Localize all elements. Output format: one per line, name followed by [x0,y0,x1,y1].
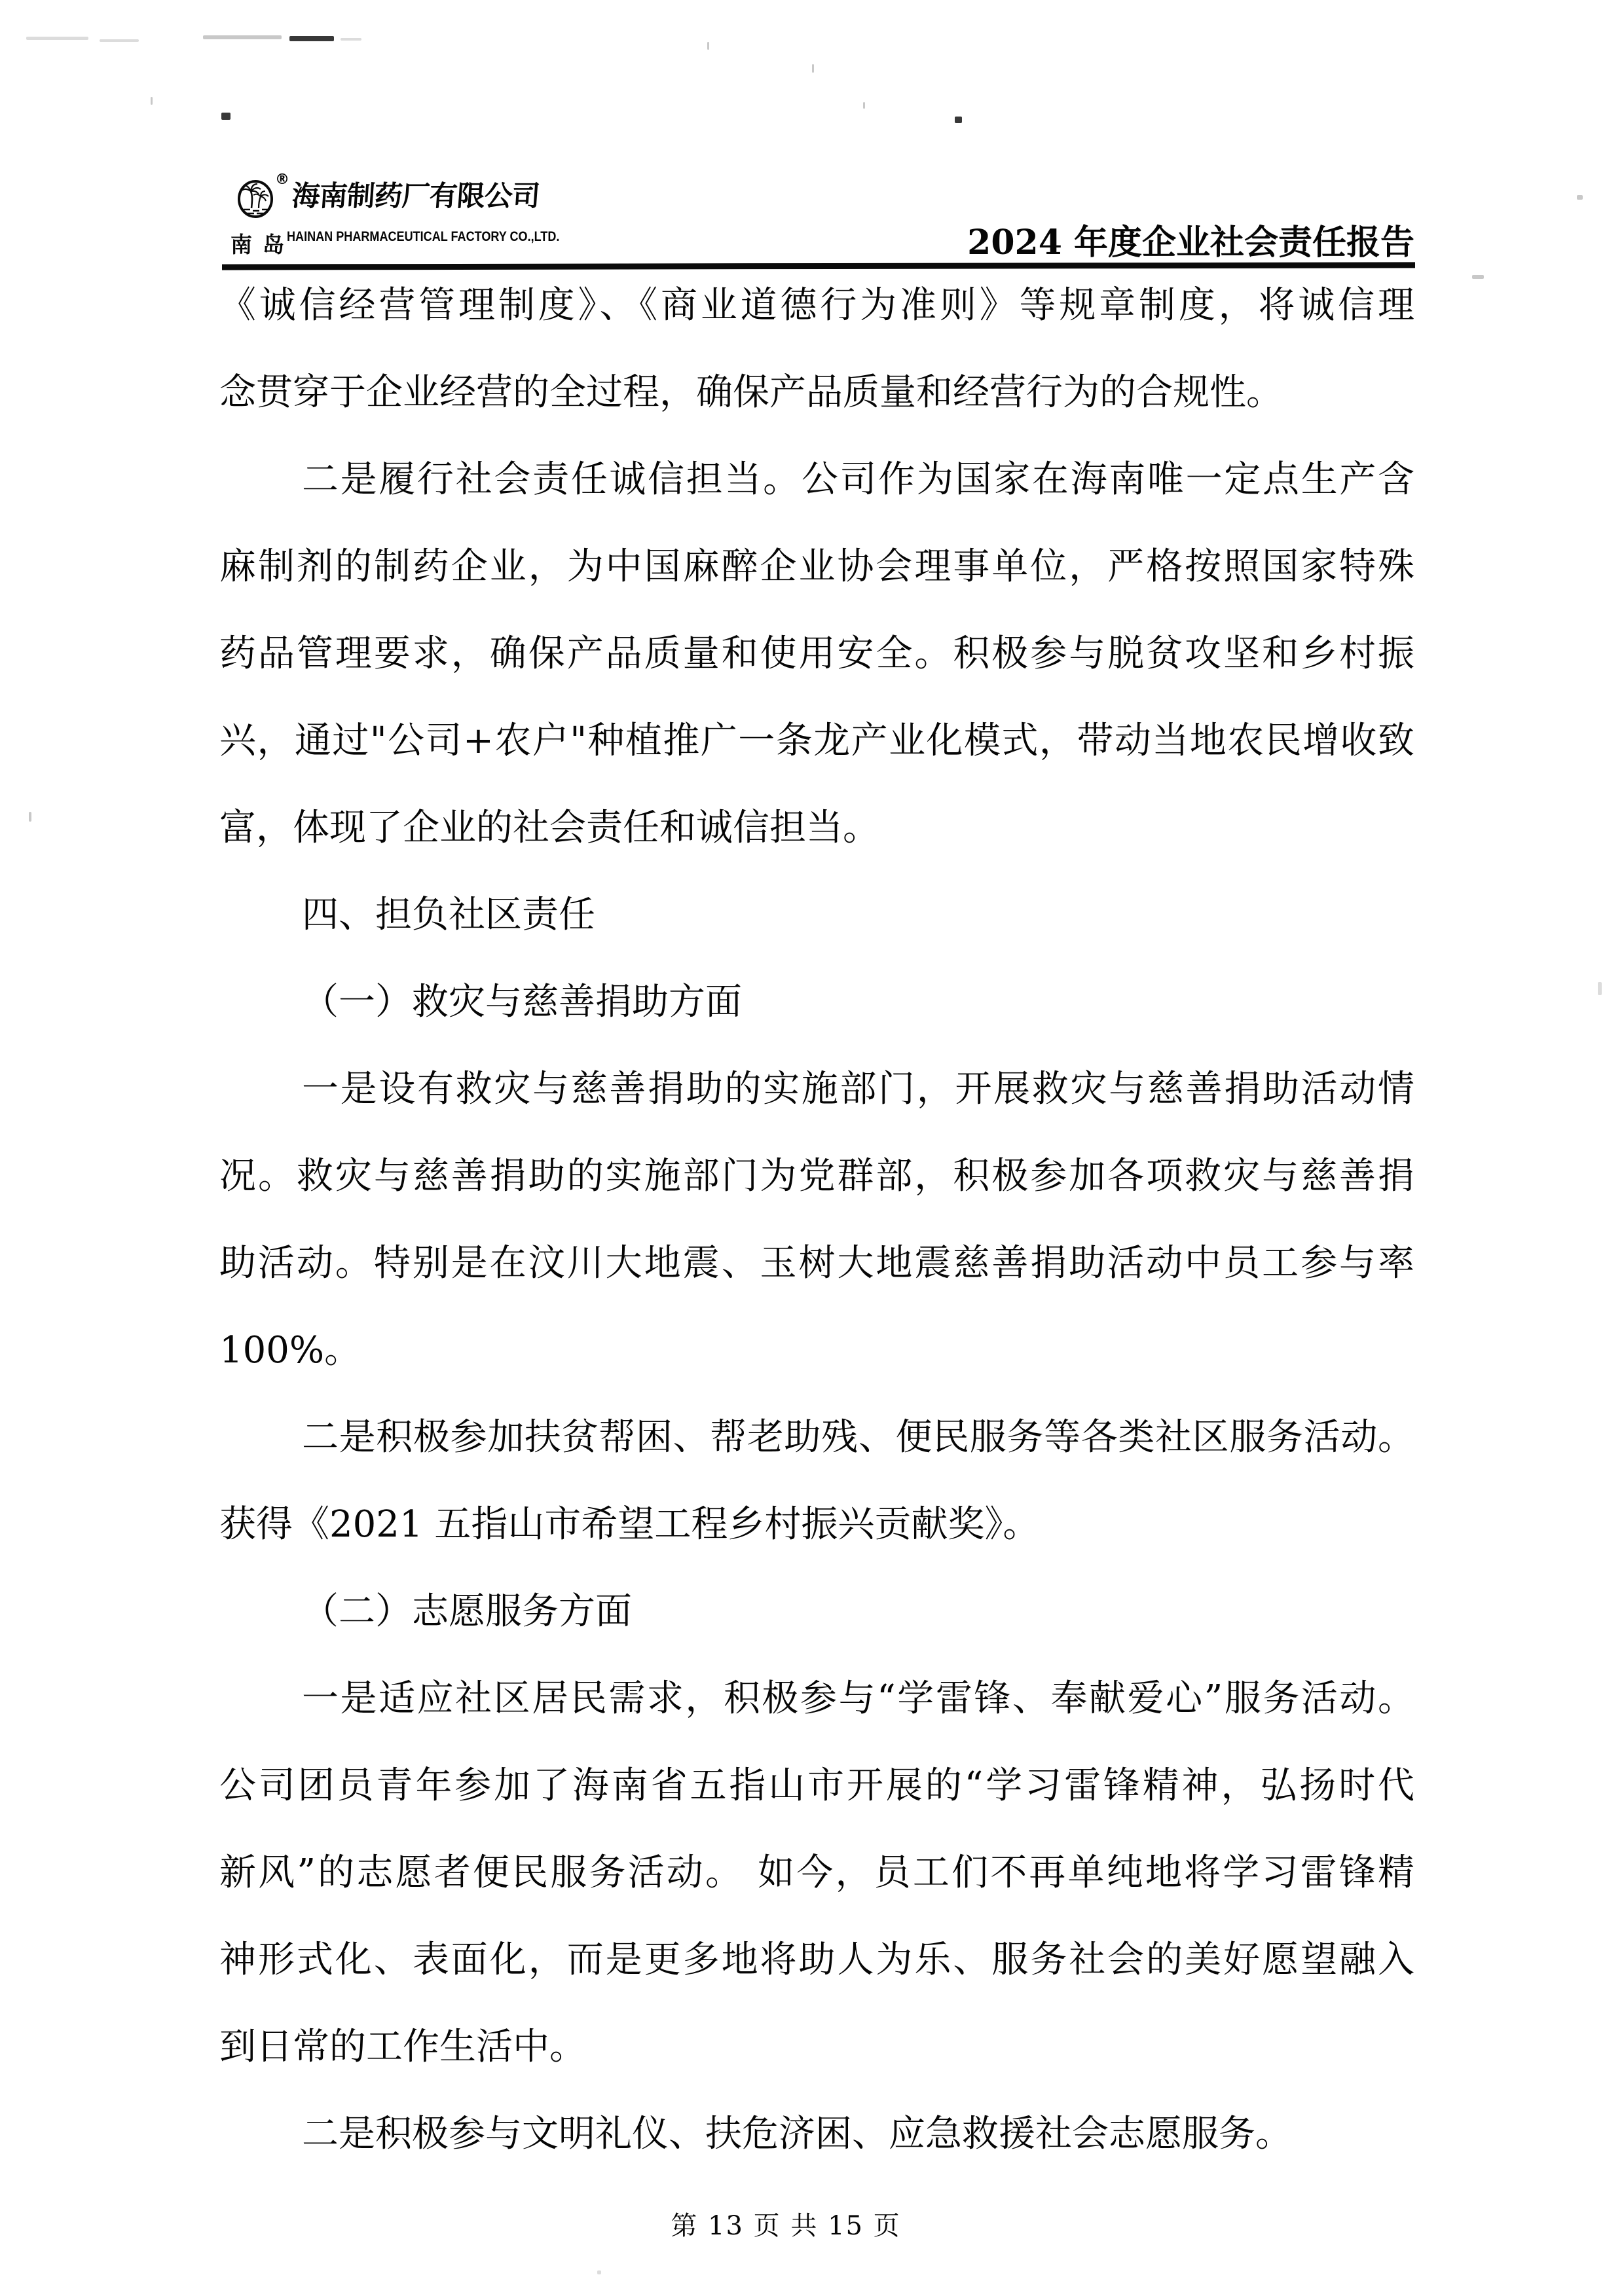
body-line: 二是履行社会责任诚信担当。公司作为国家在海南唯一定点生产含 [219,436,1414,523]
page-number-footer: 第 13 页 共 15 页 [0,2205,1572,2242]
body-line: 新风”的志愿者便民服务活动。 如今，员工们不再单纯地将学习雷锋精 [219,1829,1414,1916]
scan-artifact [955,117,962,123]
scan-artifact [29,812,31,822]
scan-artifact [812,64,814,73]
body-line: （二）志愿服务方面 [219,1568,1414,1655]
body-line: 助活动。特别是在汶川大地震、玉树大地震慈善捐助活动中员工参与率 [219,1220,1414,1307]
scan-artifact [1598,982,1602,995]
scan-artifact [341,38,361,41]
body-line: 神形式化、表面化，而是更多地将助人为乐、服务社会的美好愿望融入 [219,1916,1414,2003]
company-name-en: HAINAN PHARMACEUTICAL FACTORY CO.,LTD. [287,229,559,245]
body-line: 获得《2021 五指山市希望工程乡村振兴贡献奖》。 [219,1481,1414,1568]
body-line: （一）救灾与慈善捐助方面 [219,958,1414,1046]
body-line: 兴，通过"公司+农户"种植推广一条龙产业化模式，带动当地农民增收致 [219,697,1414,784]
scan-artifact [221,113,231,120]
company-name-cn: 海南制药厂有限公司 [291,174,541,214]
scan-artifact [151,97,153,105]
scan-artifact [1577,195,1583,200]
body-line: 一是适应社区居民需求，积极参与“学雷锋、奉献爱心”服务活动。 [219,1655,1414,1742]
body-line: 四、担负社区责任 [219,871,1414,958]
body-line: 《诚信经营管理制度》、《商业道德行为准则》等规章制度，将诚信理 [219,262,1414,349]
scan-artifact [289,36,334,41]
brand-name: 南岛 [231,228,295,259]
body-line: 公司团员青年参加了海南省五指山市开展的“学习雷锋精神，弘扬时代 [219,1742,1414,1829]
body-line: 药品管理要求，确保产品质量和使用安全。积极参与脱贫攻坚和乡村振 [219,610,1414,697]
scan-artifact [1472,275,1484,279]
body-line: 二是积极参加扶贫帮困、帮老助残、便民服务等各类社区服务活动。 [219,1394,1414,1481]
body-line: 二是积极参与文明礼仪、扶危济困、应急救援社会志愿服务。 [219,2090,1414,2178]
body-text: 《诚信经营管理制度》、《商业道德行为准则》等规章制度，将诚信理念贯穿于企业经营的… [219,262,1414,2178]
body-line: 念贯穿于企业经营的全过程，确保产品质量和经营行为的合规性。 [219,349,1414,436]
registered-trademark-icon: ® [275,172,289,188]
document-page: ® 海南制药厂有限公司 HAINAN PHARMACEUTICAL FACTOR… [0,0,1624,2296]
scan-artifact [597,2270,601,2274]
scan-artifact [863,102,865,109]
report-title: 2024 年度企业社会责任报告 [967,215,1414,264]
body-line: 富，体现了企业的社会责任和诚信担当。 [219,784,1414,871]
company-letterhead: ® 海南制药厂有限公司 HAINAN PHARMACEUTICAL FACTOR… [229,172,596,257]
body-line: 麻制剂的制药企业，为中国麻醉企业协会理事单位，严格按照国家特殊 [219,523,1414,610]
palm-tree-logo-icon [237,179,274,219]
body-line: 到日常的工作生活中。 [219,2003,1414,2090]
body-line: 况。救灾与慈善捐助的实施部门为党群部，积极参加各项救灾与慈善捐 [219,1133,1414,1220]
body-line: 一是设有救灾与慈善捐助的实施部门，开展救灾与慈善捐助活动情 [219,1046,1414,1133]
scan-artifact [26,37,88,40]
scan-artifact [203,35,282,39]
scan-artifact [100,39,139,42]
body-line: 100%。 [219,1307,1414,1394]
scan-artifact [707,42,709,50]
